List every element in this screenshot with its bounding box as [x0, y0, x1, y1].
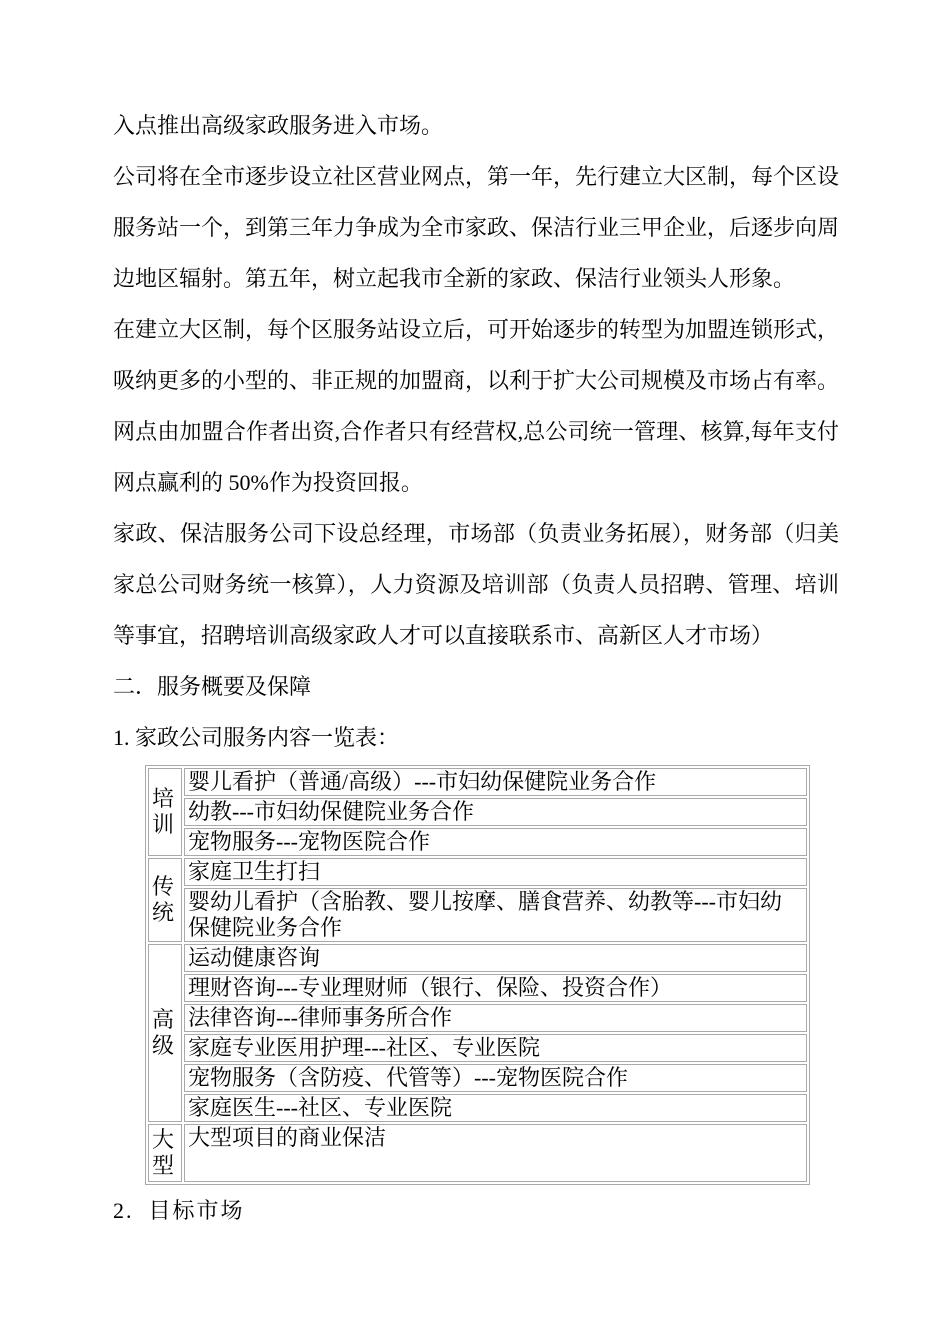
list-item-target-market: 2. 目标市场 — [113, 1185, 839, 1236]
table-row: 高级 运动健康咨询 — [148, 944, 807, 972]
table-row: 传统 家庭卫生打扫 — [148, 858, 807, 886]
paragraph-intro: 入点推出高级家政服务进入市场。 — [113, 100, 839, 151]
group-label-traditional: 传统 — [148, 858, 182, 942]
group-label-premium: 高级 — [148, 944, 182, 1122]
table-row: 培训 婴儿看护（普通/高级）---市妇幼保健院业务合作 — [148, 768, 807, 796]
service-cell: 宠物服务（含防疫、代管等）---宠物医院合作 — [184, 1064, 807, 1092]
service-cell: 大型项目的商业保洁 — [184, 1124, 807, 1182]
table-row: 幼教---市妇幼保健院业务合作 — [148, 798, 807, 826]
service-cell: 法律咨询---律师事务所合作 — [184, 1004, 807, 1032]
section-heading-service-overview: 二．服务概要及保障 — [113, 661, 839, 712]
group-label-training: 培训 — [148, 768, 182, 856]
table-row: 宠物服务---宠物医院合作 — [148, 828, 807, 856]
table-row: 大型 大型项目的商业保洁 — [148, 1124, 807, 1182]
table-row: 家庭专业医用护理---社区、专业医院 — [148, 1034, 807, 1062]
services-table: 培训 婴儿看护（普通/高级）---市妇幼保健院业务合作 幼教---市妇幼保健院业… — [145, 765, 810, 1185]
table-row: 法律咨询---律师事务所合作 — [148, 1004, 807, 1032]
service-cell: 婴幼儿看护（含胎教、婴儿按摩、膳食营养、幼教等---市妇幼保健院业务合作 — [184, 888, 807, 942]
table-row: 家庭医生---社区、专业医院 — [148, 1094, 807, 1122]
service-cell: 理财咨询---专业理财师（银行、保险、投资合作） — [184, 974, 807, 1002]
paragraph-org-structure: 家政、保洁服务公司下设总经理，市场部（负责业务拓展），财务部（归美家总公司财务统… — [113, 508, 839, 661]
table-row: 理财咨询---专业理财师（银行、保险、投资合作） — [148, 974, 807, 1002]
service-cell: 家庭专业医用护理---社区、专业医院 — [184, 1034, 807, 1062]
service-cell: 幼教---市妇幼保健院业务合作 — [184, 798, 807, 826]
service-cell: 家庭医生---社区、专业医院 — [184, 1094, 807, 1122]
paragraph-network-plan: 公司将在全市逐步设立社区营业网点，第一年，先行建立大区制，每个区设服务站一个，到… — [113, 151, 839, 304]
list-item-service-table-title: 1. 家政公司服务内容一览表： — [113, 712, 839, 763]
group-label-large-projects: 大型 — [148, 1124, 182, 1182]
service-cell: 运动健康咨询 — [184, 944, 807, 972]
service-cell: 家庭卫生打扫 — [184, 858, 807, 886]
service-cell: 婴儿看护（普通/高级）---市妇幼保健院业务合作 — [184, 768, 807, 796]
paragraph-franchise: 在建立大区制，每个区服务站设立后，可开始逐步的转型为加盟连锁形式，吸纳更多的小型… — [113, 304, 839, 406]
document-page: 入点推出高级家政服务进入市场。 公司将在全市逐步设立社区营业网点，第一年，先行建… — [0, 0, 950, 1344]
table-row: 婴幼儿看护（含胎教、婴儿按摩、膳食营养、幼教等---市妇幼保健院业务合作 — [148, 888, 807, 942]
paragraph-investment-return: 网点由加盟合作者出资,合作者只有经营权,总公司统一管理、核算,每年支付网点赢利的… — [113, 406, 839, 508]
table-row: 宠物服务（含防疫、代管等）---宠物医院合作 — [148, 1064, 807, 1092]
service-cell: 宠物服务---宠物医院合作 — [184, 828, 807, 856]
